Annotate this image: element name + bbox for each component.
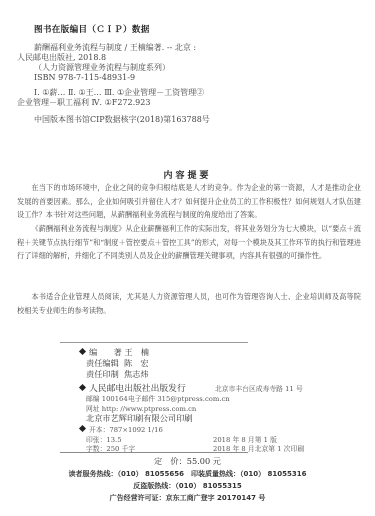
summary-paragraph-1: 在当下的市场环境中，企业之间的竞争归根结底是人才的竞争。作为企业的第一资源，人才…	[17, 181, 361, 222]
cip-publisher-line: 人民邮电出版社, 2018.8	[17, 53, 106, 63]
postcode: 邮编 100164	[86, 393, 128, 403]
editor-row: 责任编辑 陈 宏	[86, 358, 149, 369]
email: 电子邮件 315@ptpress.com.cn	[128, 393, 230, 403]
website: 网址 http: //www.ptpress.com.cn	[86, 403, 196, 413]
diamond-bullet-icon	[79, 348, 86, 355]
editor-label: 责任编辑	[86, 358, 119, 368]
publisher-address: 北京市丰台区成寿寺路 11 号	[215, 383, 303, 393]
summary-paragraph-2: 《薪酬福利业务流程与制度》从企业薪酬福利工作的实际出发，将其业务划分为七大模块，…	[17, 222, 361, 263]
author-name: 王 楠	[124, 347, 149, 357]
summary-paragraph-3: 本书适合企业管理人员阅读，尤其是人力资源管理人员，也可作为管理咨询人士、企业培训…	[17, 290, 361, 317]
printer: 北京市艺辉印刷有限公司印刷	[86, 413, 192, 424]
cip-title-line: 薪酬福利业务流程与制度 / 王楠编著. -- 北京 :	[34, 43, 196, 53]
cip-number: 中国版本图书馆CIP数据核字(2018)第163788号	[34, 115, 210, 125]
printing-label: 责任印制	[86, 369, 119, 379]
top-divider	[60, 342, 248, 343]
reader-hotline: 读者服务热线：（010） 81055656 印装质量热线：（010） 81055…	[0, 469, 375, 479]
diamond-bullet-icon	[79, 425, 86, 432]
cip-classification-line-2: 企业管理－职工福利 Ⅳ. ①F272.923	[17, 98, 150, 108]
printing-row: 责任印制 焦志炜	[86, 369, 149, 380]
diamond-bullet-icon	[79, 384, 86, 391]
cip-isbn-line: ISBN 978-7-115-48931-9	[34, 73, 135, 83]
format-row: 开本：787×1092 1/16	[80, 424, 163, 434]
cip-series-line: （人力资源管理业务流程与制度系列）	[34, 63, 170, 73]
bottom-divider	[60, 452, 248, 453]
printing-person: 焦志炜	[124, 369, 149, 379]
cip-classification-line-1: Ⅰ. ①薪… Ⅱ. ①王… Ⅲ. ①企业管理－工资管理②	[34, 88, 204, 98]
format: 开本：787×1092 1/16	[89, 426, 163, 434]
cip-heading: 图书在版编目（ＣＩＰ）数据	[34, 23, 150, 35]
ad-license: 广告经营许可证：京东工商广登字 20170147 号	[0, 493, 375, 503]
author-row: 编 著 王 楠	[80, 347, 149, 358]
price: 定 价：55.00 元	[0, 456, 375, 467]
author-label: 编 著	[89, 347, 122, 357]
summary-title: 内容提要	[0, 168, 375, 181]
editor-name: 陈 宏	[124, 358, 149, 368]
piracy-hotline: 反盗版热线：（010） 81055315	[0, 481, 375, 491]
